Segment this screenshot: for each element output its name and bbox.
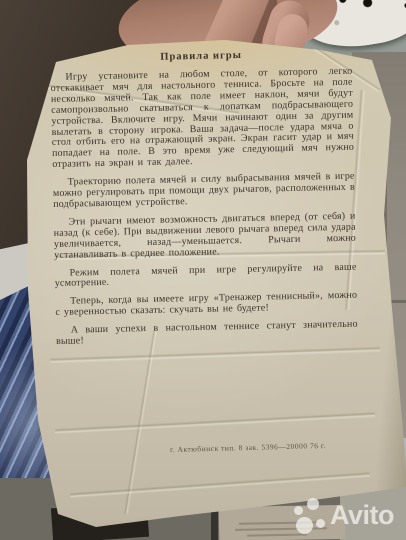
paragraph: Режим полета мячей при игре регулируйте … [54, 262, 356, 290]
paragraph: Теперь, когда вы имеете игру «Тренажер т… [55, 291, 357, 319]
watermark-label: Avito [330, 500, 394, 531]
avito-watermark: Avito [294, 494, 406, 540]
paper-crease [124, 331, 158, 515]
avito-dots-icon [294, 498, 330, 534]
paper-sheet: Правила игры Игру установите на любом ст… [0, 0, 406, 540]
paragraph: Траекторию полета мячей и силу выбрасыва… [53, 172, 356, 211]
paragraph: Эти рычаги имеют возможность двигаться в… [53, 212, 356, 262]
photo-of-rules-leaflet: Правила игры Игру установите на любом ст… [0, 0, 406, 540]
print-shop-imprint: г. Актюбинск тип. 8 зак. 5396—20000 76 г… [138, 440, 358, 455]
page-title: Правила игры [50, 48, 352, 65]
paragraph: А ваши успехи в настольном теннисе стану… [56, 320, 358, 348]
paragraph: Игру установите на любом столе, от котор… [50, 67, 354, 171]
paper-crease [55, 412, 375, 435]
rules-text-block: Правила игры Игру установите на любом ст… [50, 48, 358, 355]
